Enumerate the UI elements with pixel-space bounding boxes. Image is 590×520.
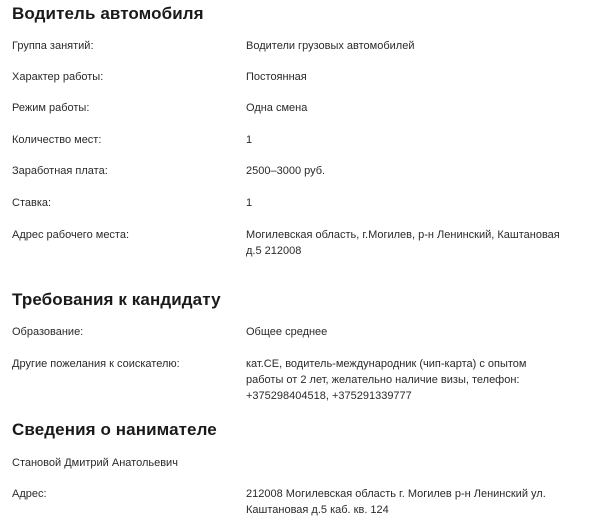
field-label: Режим работы: [12,100,237,116]
field-label: Образование: [12,324,237,340]
field-label: Другие пожелания к соискателю: [12,356,237,372]
section-title-requirements: Требования к кандидату [12,290,221,310]
field-label: Характер работы: [12,69,237,85]
section-title-vacancy: Водитель автомобиля [12,4,204,24]
field-value: 212008 Могилевская область г. Могилев р-… [246,486,566,518]
field-value: 1 [246,132,566,148]
field-value: Одна смена [246,100,566,116]
field-value: 1 [246,195,566,211]
employer-name: Становой Дмитрий Анатольевич [12,455,178,471]
field-label: Заработная плата: [12,163,237,179]
field-value: кат.CE, водитель-международник (чип-карт… [246,356,566,404]
field-value: 2500–3000 руб. [246,163,566,179]
field-label: Адрес рабочего места: [12,227,237,243]
field-value: Водители грузовых автомобилей [246,38,566,54]
section-title-employer: Сведения о нанимателе [12,420,217,440]
field-value: Могилевская область, г.Могилев, р-н Лени… [246,227,566,259]
field-label: Группа занятий: [12,38,237,54]
field-value: Постоянная [246,69,566,85]
field-label: Адрес: [12,486,237,502]
field-value: Общее среднее [246,324,566,340]
field-label: Ставка: [12,195,237,211]
field-label: Количество мест: [12,132,237,148]
